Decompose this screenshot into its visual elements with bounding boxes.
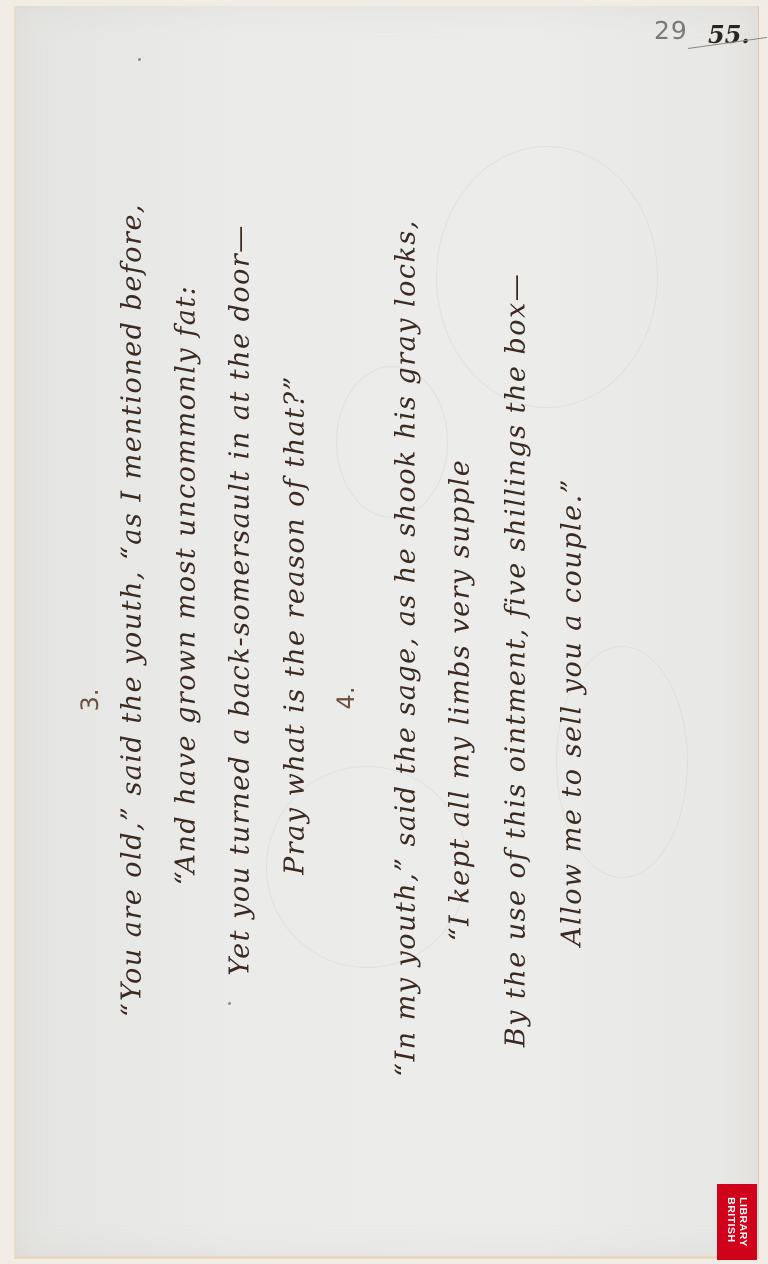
- verse-line: “You are old,” said the youth, “as I men…: [117, 203, 148, 1017]
- verse-line: “I kept all my limbs very supple: [445, 459, 476, 942]
- verse-line: By the use of this ointment, five shilli…: [501, 273, 532, 1047]
- verse-line: “And have grown most uncommonly fat:: [171, 285, 202, 886]
- logo-text-line1: LIBRARY: [737, 1197, 749, 1247]
- british-library-logo: LIBRARY BRITISH: [717, 1184, 757, 1260]
- ink-speck: [138, 58, 141, 61]
- folio-number-pencil: 29: [654, 16, 688, 45]
- stanza-number: 3.: [76, 689, 104, 712]
- verse-line: Yet you turned a back-somersault in at t…: [225, 224, 256, 976]
- logo-text-line2: BRITISH: [725, 1197, 737, 1247]
- faint-sketch-trace: [436, 146, 658, 408]
- verse-line: Allow me to sell you a couple.”: [557, 478, 588, 946]
- stanza-number: 4.: [332, 687, 360, 710]
- verse-line: Pray what is the reason of that?”: [280, 375, 311, 875]
- ink-speck: [228, 1002, 231, 1005]
- verse-line: “In my youth,” said the sage, as he shoo…: [391, 219, 422, 1077]
